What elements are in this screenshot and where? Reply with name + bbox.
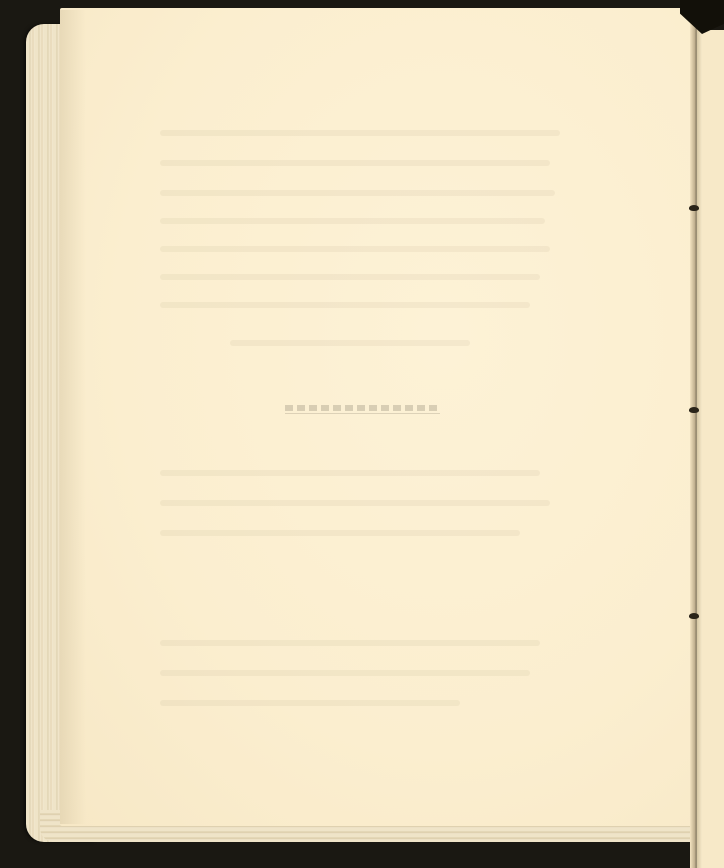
bleed-through-line	[160, 130, 560, 136]
binding-stitch	[689, 205, 699, 211]
bleed-through-line	[160, 500, 550, 506]
bleed-through-line	[160, 530, 520, 536]
book-gutter	[690, 20, 702, 868]
bleed-through-line	[160, 190, 555, 196]
bleed-through-line	[160, 470, 540, 476]
bleed-through-line	[160, 700, 460, 706]
bleed-through-line	[160, 246, 550, 252]
bleed-through-heading	[285, 405, 440, 411]
bleed-through-line	[160, 640, 540, 646]
bleed-through-line	[160, 218, 545, 224]
bleed-through-line	[160, 274, 540, 280]
bleed-through-line	[160, 302, 530, 308]
binding-stitch	[689, 613, 699, 619]
bleed-through-rule	[285, 413, 440, 414]
page-shadow	[60, 10, 86, 824]
bleed-through-line	[160, 670, 530, 676]
bleed-through-line	[160, 160, 550, 166]
binding-stitch	[689, 407, 699, 413]
bleed-through-line	[230, 340, 470, 346]
